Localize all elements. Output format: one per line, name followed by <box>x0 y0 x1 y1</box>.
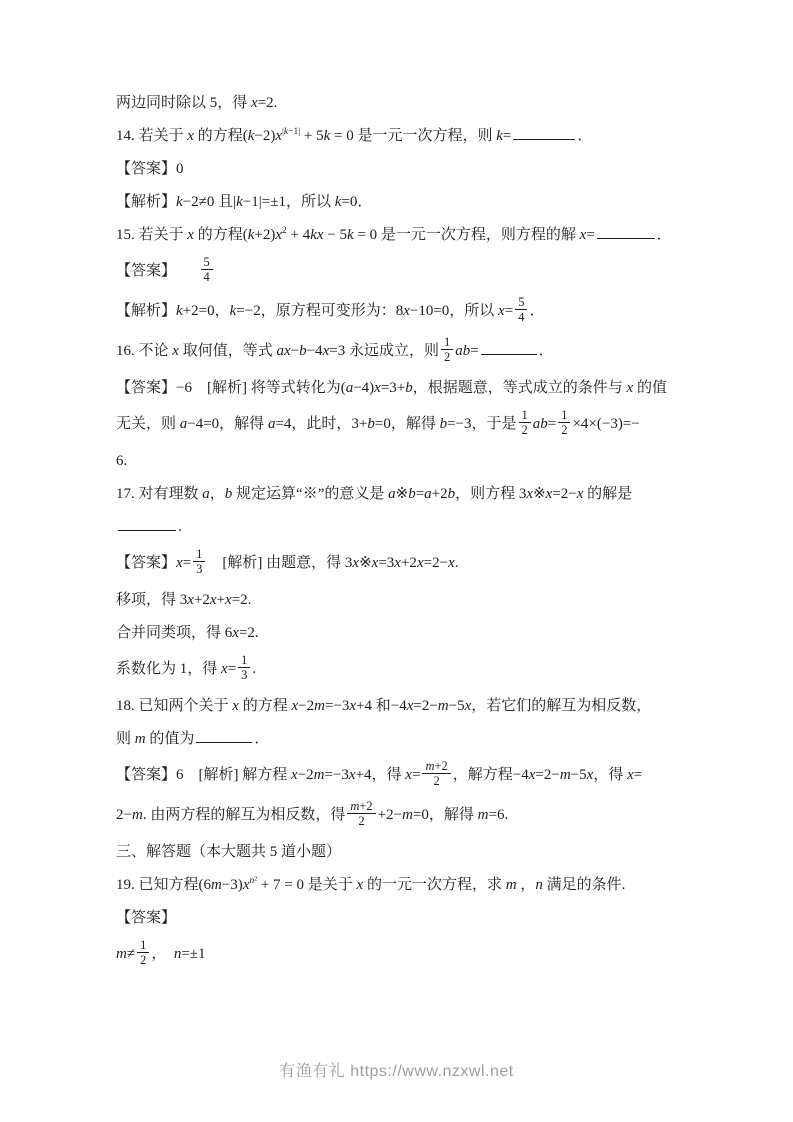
q17-step-normalize: 系数化为 1，得 x=13. <box>116 655 682 684</box>
q16-analysis-end: 6. <box>116 450 682 472</box>
text-run: 无关，则 a−4=0，解得 a=4，此时，3+b=0，解得 b=−3，于是 <box>116 416 517 432</box>
text-run: 【答案】 <box>116 263 199 279</box>
fraction: 12 <box>558 408 570 437</box>
text-run: 【答案】6 [解析] 解方程 x−2m=−3x+4，得 x= <box>116 767 420 783</box>
q18-answer-analysis: 【答案】6 [解析] 解方程 x−2m=−3x+4，得 x=m+22，解方程−4… <box>116 761 682 790</box>
fraction: 54 <box>515 295 527 324</box>
q19-answer-label: 【答案】 <box>116 907 682 929</box>
text-run: 【解析】k−2≠0 且|k−1|=±1，所以 k=0． <box>116 194 372 210</box>
text-run: m≠ <box>116 946 135 962</box>
text-run: 合并同类项，得 6x=2. <box>116 625 259 641</box>
text-run: 三、解答题（本大题共 5 道小题） <box>116 844 341 860</box>
fraction: m+22 <box>422 759 450 788</box>
q14-answer: 【答案】0 <box>116 158 682 180</box>
section-3-heading: 三、解答题（本大题共 5 道小题） <box>116 841 682 863</box>
text-run: 16. 不论 x 取何值，等式 ax−b−4x=3 永远成立，则 <box>116 343 439 359</box>
q13-step-final: 两边同时除以 5，得 x=2. <box>116 92 682 114</box>
q17-step-combine: 合并同类项，得 6x=2. <box>116 622 682 644</box>
superscript: |k−1| <box>282 127 300 137</box>
text-run: . <box>178 519 182 535</box>
fraction: 54 <box>201 255 213 284</box>
q19-question: 19. 已知方程(6m−3)xn² + 7 = 0 是关于 x 的一元一次方程，… <box>116 874 682 896</box>
text-run: ． <box>254 731 269 747</box>
text-run: 【解析】k+2=0，k=−2，原方程可变形为：8x−10=0，所以 x= <box>116 303 513 319</box>
text-run: [解析] 由题意，得 3x※x=3x+2x=2−x. <box>207 555 458 571</box>
text-run: + 7 = 0 是关于 x 的一元一次方程，求 m ，n 满足的条件. <box>257 877 625 893</box>
text-run: 14. 若关于 x 的方程(k−2)x <box>116 128 282 144</box>
q15-answer: 【答案】 54 <box>116 257 682 286</box>
q19-answer-value: m≠12， n=±1 <box>116 940 682 969</box>
q14-question: 14. 若关于 x 的方程(k−2)x|k−1| + 5k = 0 是一元一次方… <box>116 125 682 147</box>
text-run: 15. 若关于 x 的方程(k+2)x <box>116 227 282 243</box>
document-body: 两边同时除以 5，得 x=2.14. 若关于 x 的方程(k−2)x|k−1| … <box>116 92 682 980</box>
text-run: ． <box>539 343 554 359</box>
footer-watermark: 有渔有礼 https://www.nzxwl.net <box>0 1058 793 1081</box>
text-run: +2−m=0，解得 m=6. <box>378 807 509 823</box>
text-run: ，解方程−4x=2−m−5x，得 x= <box>453 767 642 783</box>
text-run: + 5k = 0 是一元一次方程，则 k= <box>300 128 511 144</box>
superscript: n² <box>249 876 257 886</box>
text-run: 19. 已知方程(6m−3)x <box>116 877 249 893</box>
text-run: ． <box>657 227 672 243</box>
answer-blank <box>597 225 655 239</box>
text-run: 则 m 的值为 <box>116 731 194 747</box>
text-run: 移项，得 3x+2x+x=2. <box>116 592 251 608</box>
text-run: . <box>252 661 256 677</box>
text-run: 6. <box>116 453 127 469</box>
fraction: 12 <box>441 335 453 364</box>
fraction: 12 <box>137 938 149 967</box>
answer-blank <box>513 126 575 140</box>
text-run: ， n=±1 <box>151 946 205 962</box>
text-run: ×4×(−3)=− <box>572 416 639 432</box>
q17-answer-analysis: 【答案】x=13 [解析] 由题意，得 3x※x=3x+2x=2−x. <box>116 549 682 578</box>
text-run: ． <box>529 303 544 319</box>
q17-question-blank: . <box>116 516 682 538</box>
text-run: 2−m. 由两方程的解互为相反数，得 <box>116 807 345 823</box>
q15-analysis: 【解析】k+2=0，k=−2，原方程可变形为：8x−10=0，所以 x=54． <box>116 297 682 326</box>
text-run: + 4kx − 5k = 0 是一元一次方程，则方程的解 x= <box>287 227 595 243</box>
text-run: 系数化为 1，得 x= <box>116 661 236 677</box>
fraction: m+22 <box>347 799 375 828</box>
q17-question: 17. 对有理数 a，b 规定运算“※”的意义是 a※b=a+2b，则方程 3x… <box>116 483 682 505</box>
fraction: 13 <box>193 547 205 576</box>
answer-blank <box>118 517 176 531</box>
q16-question: 16. 不论 x 取何值，等式 ax−b−4x=3 永远成立，则12ab=． <box>116 337 682 366</box>
text-run: ． <box>577 128 592 144</box>
q14-analysis: 【解析】k−2≠0 且|k−1|=±1，所以 k=0． <box>116 191 682 213</box>
q15-question: 15. 若关于 x 的方程(k+2)x2 + 4kx − 5k = 0 是一元一… <box>116 224 682 246</box>
q18-question: 18. 已知两个关于 x 的方程 x−2m=−3x+4 和−4x=2−m−5x，… <box>116 695 682 717</box>
answer-blank <box>196 729 252 743</box>
text-run: 【答案】 <box>116 910 176 926</box>
q18-question-cont: 则 m 的值为． <box>116 728 682 750</box>
text-run: 18. 已知两个关于 x 的方程 x−2m=−3x+4 和−4x=2−m−5x，… <box>116 698 651 714</box>
q16-analysis-cont: 无关，则 a−4=0，解得 a=4，此时，3+b=0，解得 b=−3，于是12a… <box>116 410 682 439</box>
text-run: ab= <box>455 343 478 359</box>
q17-step-transpose: 移项，得 3x+2x+x=2. <box>116 589 682 611</box>
fraction: 13 <box>238 653 250 682</box>
fraction: 12 <box>519 408 531 437</box>
text-run: ab= <box>533 416 556 432</box>
text-run: 【答案】0 <box>116 161 184 177</box>
text-run: 【答案】x= <box>116 555 191 571</box>
text-run: 两边同时除以 5，得 x=2. <box>116 95 277 111</box>
q18-analysis-cont: 2−m. 由两方程的解互为相反数，得m+22+2−m=0，解得 m=6. <box>116 801 682 830</box>
q16-answer-analysis: 【答案】−6 [解析] 将等式转化为(a−4)x=3+b，根据题意，等式成立的条… <box>116 377 682 399</box>
worksheet-page: 两边同时除以 5，得 x=2.14. 若关于 x 的方程(k−2)x|k−1| … <box>0 0 793 1122</box>
text-run: 【答案】−6 [解析] 将等式转化为(a−4)x=3+b，根据题意，等式成立的条… <box>116 380 667 396</box>
text-run: 17. 对有理数 a，b 规定运算“※”的意义是 a※b=a+2b，则方程 3x… <box>116 486 632 502</box>
answer-blank <box>481 341 537 355</box>
